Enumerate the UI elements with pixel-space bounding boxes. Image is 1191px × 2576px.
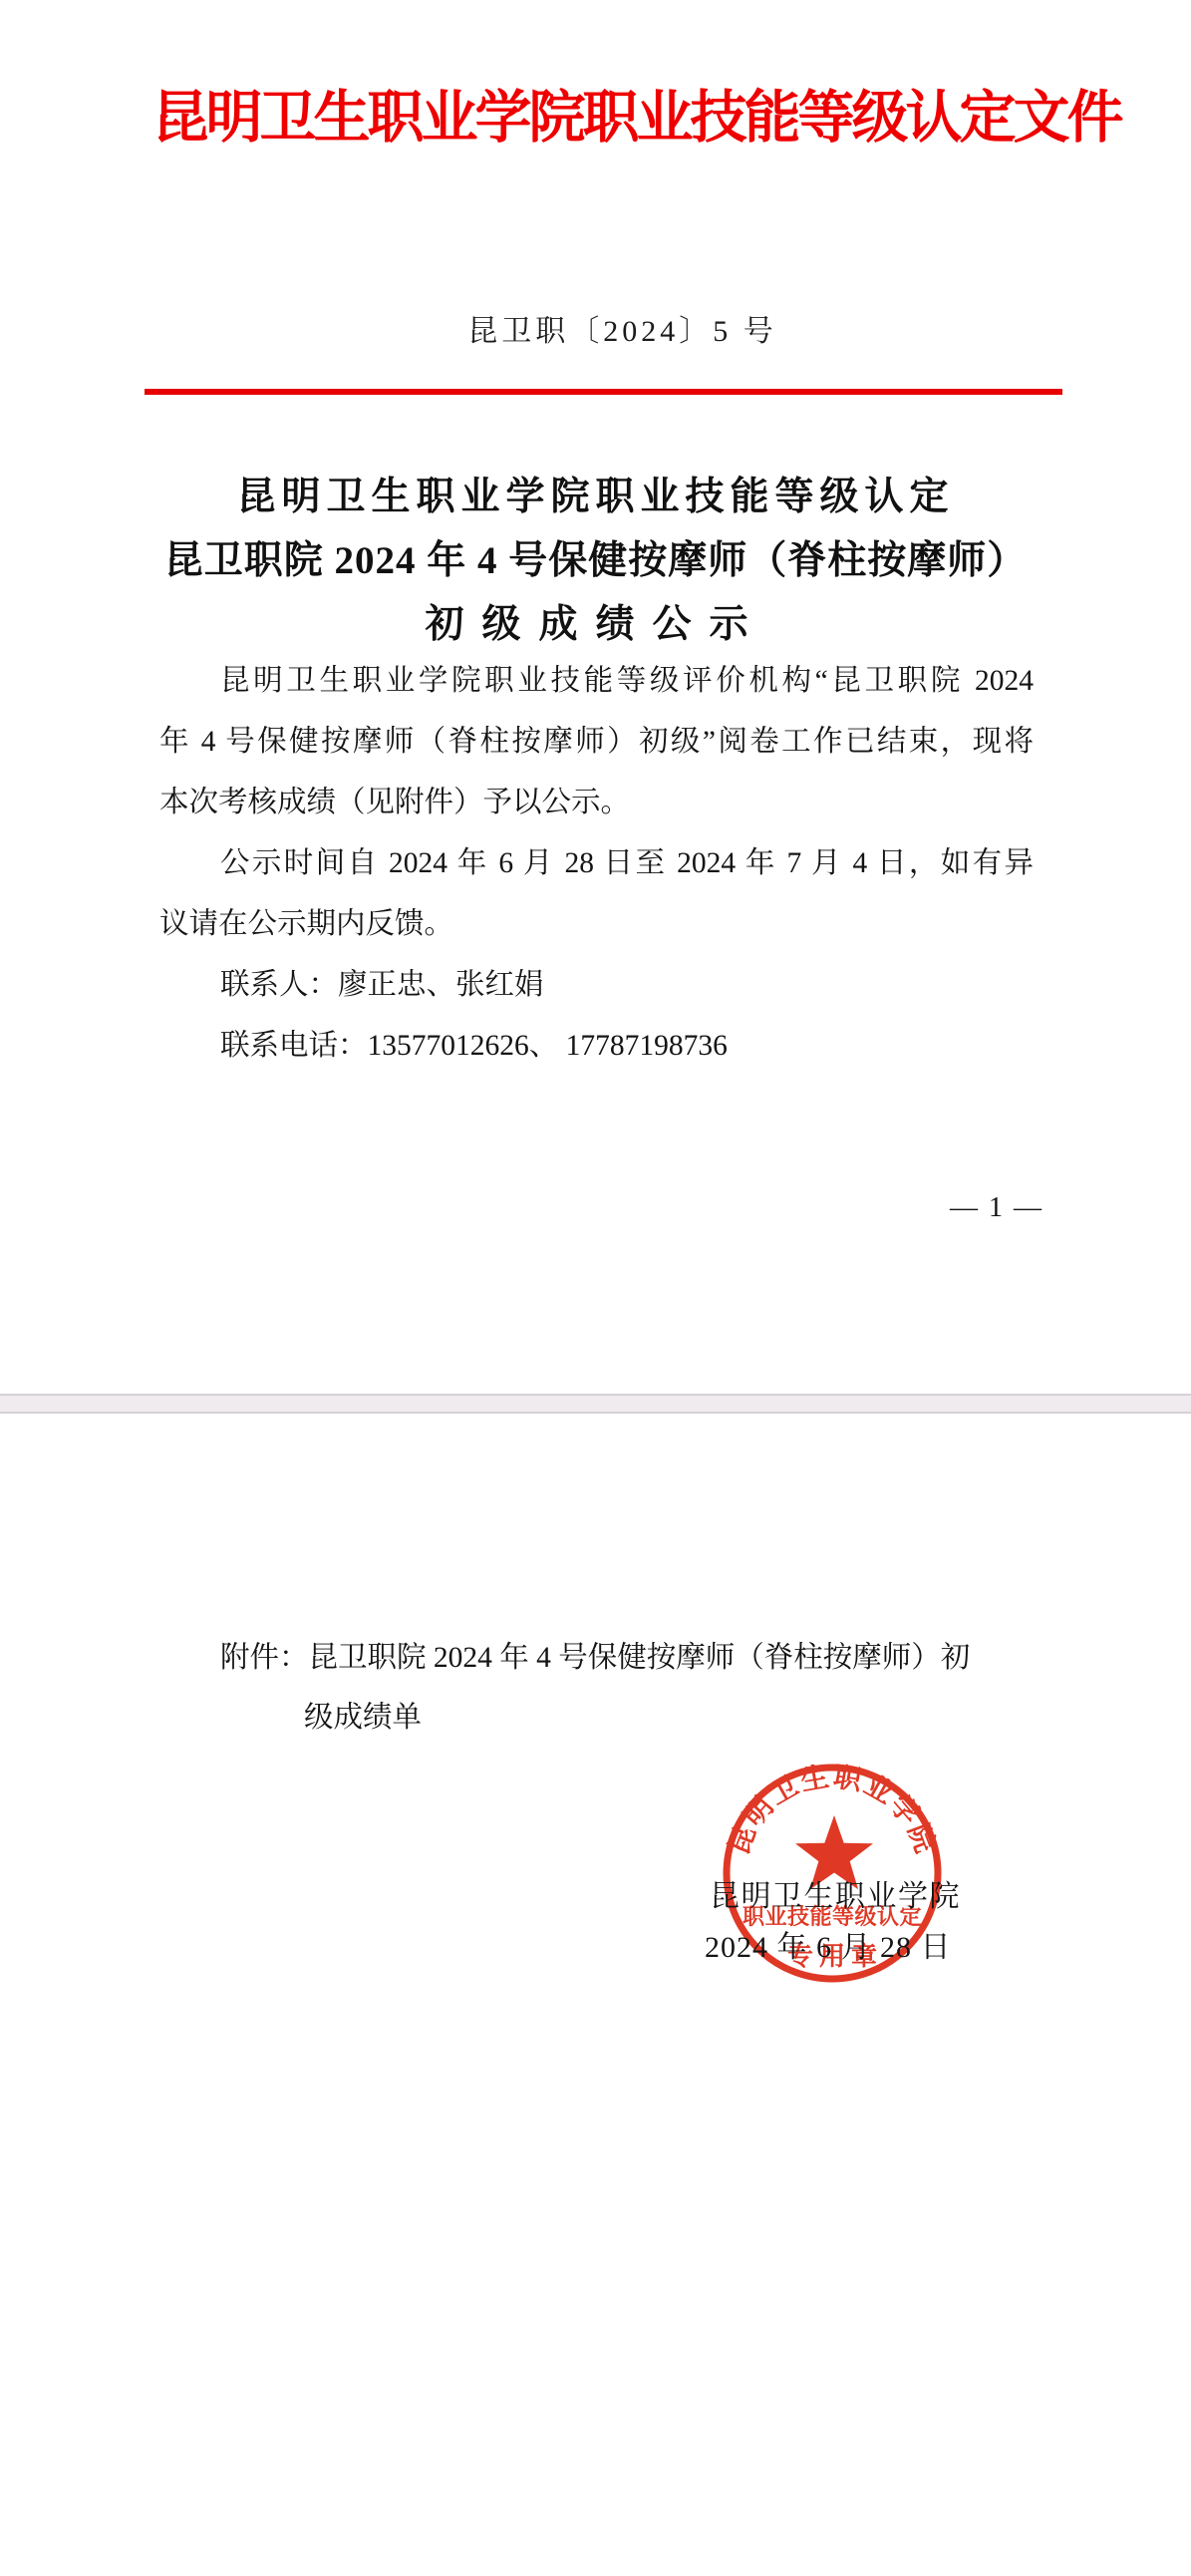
body-line: 公示时间自 2024 年 6 月 28 日至 2024 年 7 月 4 日，如有… (159, 833, 1034, 894)
document-header-title: 昆明卫生职业学院职业技能等级认定文件 (41, 88, 1191, 150)
notice-title-line-2: 昆卫职院 2024 年 4 号保健按摩师（脊柱按摩师） (0, 529, 1191, 593)
body-line: 本次考核成绩（见附件）予以公示。 (159, 773, 1034, 833)
signature-date: 2024 年 6 月 28 日 (705, 1922, 952, 1966)
page-separator (0, 1394, 1191, 1414)
red-divider-line (145, 389, 1062, 395)
contact-person-line: 联系人：廖正忠、张红娟 (159, 955, 1034, 1016)
notice-title-line-3: 初级成绩公示 (0, 593, 1191, 657)
page-1: 昆明卫生职业学院职业技能等级认定文件 昆卫职〔2024〕5 号 昆明卫生职业学院… (0, 0, 1191, 1394)
attachment-line-1: 附件：昆卫职院 2024 年 4 号保健按摩师（脊柱按摩师）初 (220, 1628, 1047, 1688)
body-line: 议请在公示期内反馈。 (159, 894, 1034, 955)
document-viewer: 昆明卫生职业学院职业技能等级认定文件 昆卫职〔2024〕5 号 昆明卫生职业学院… (0, 0, 1191, 2576)
signature-organization: 昆明卫生职业学院 (710, 1871, 961, 1915)
notice-title: 昆明卫生职业学院职业技能等级认定 昆卫职院 2024 年 4 号保健按摩师（脊柱… (0, 466, 1191, 657)
notice-body: 昆明卫生职业学院职业技能等级评价机构“昆卫职院 2024 年 4 号保健按摩师（… (159, 651, 1034, 1077)
page-number: — 1 — (950, 1192, 1043, 1224)
body-line: 昆明卫生职业学院职业技能等级评价机构“昆卫职院 2024 (159, 651, 1034, 712)
page-2: 附件：昆卫职院 2024 年 4 号保健按摩师（脊柱按摩师）初 级成绩单 昆明卫… (0, 1418, 1191, 2576)
attachment-line-2: 级成绩单 (304, 1688, 1047, 1748)
attachment-note: 附件：昆卫职院 2024 年 4 号保健按摩师（脊柱按摩师）初 级成绩单 (220, 1628, 1047, 1748)
contact-phone-line: 联系电话：13577012626、 17787198736 (159, 1016, 1034, 1077)
notice-title-line-1: 昆明卫生职业学院职业技能等级认定 (0, 466, 1191, 529)
document-number: 昆卫职〔2024〕5 号 (27, 313, 1191, 351)
body-line: 年 4 号保健按摩师（脊柱按摩师）初级”阅卷工作已结束，现将 (159, 712, 1034, 773)
